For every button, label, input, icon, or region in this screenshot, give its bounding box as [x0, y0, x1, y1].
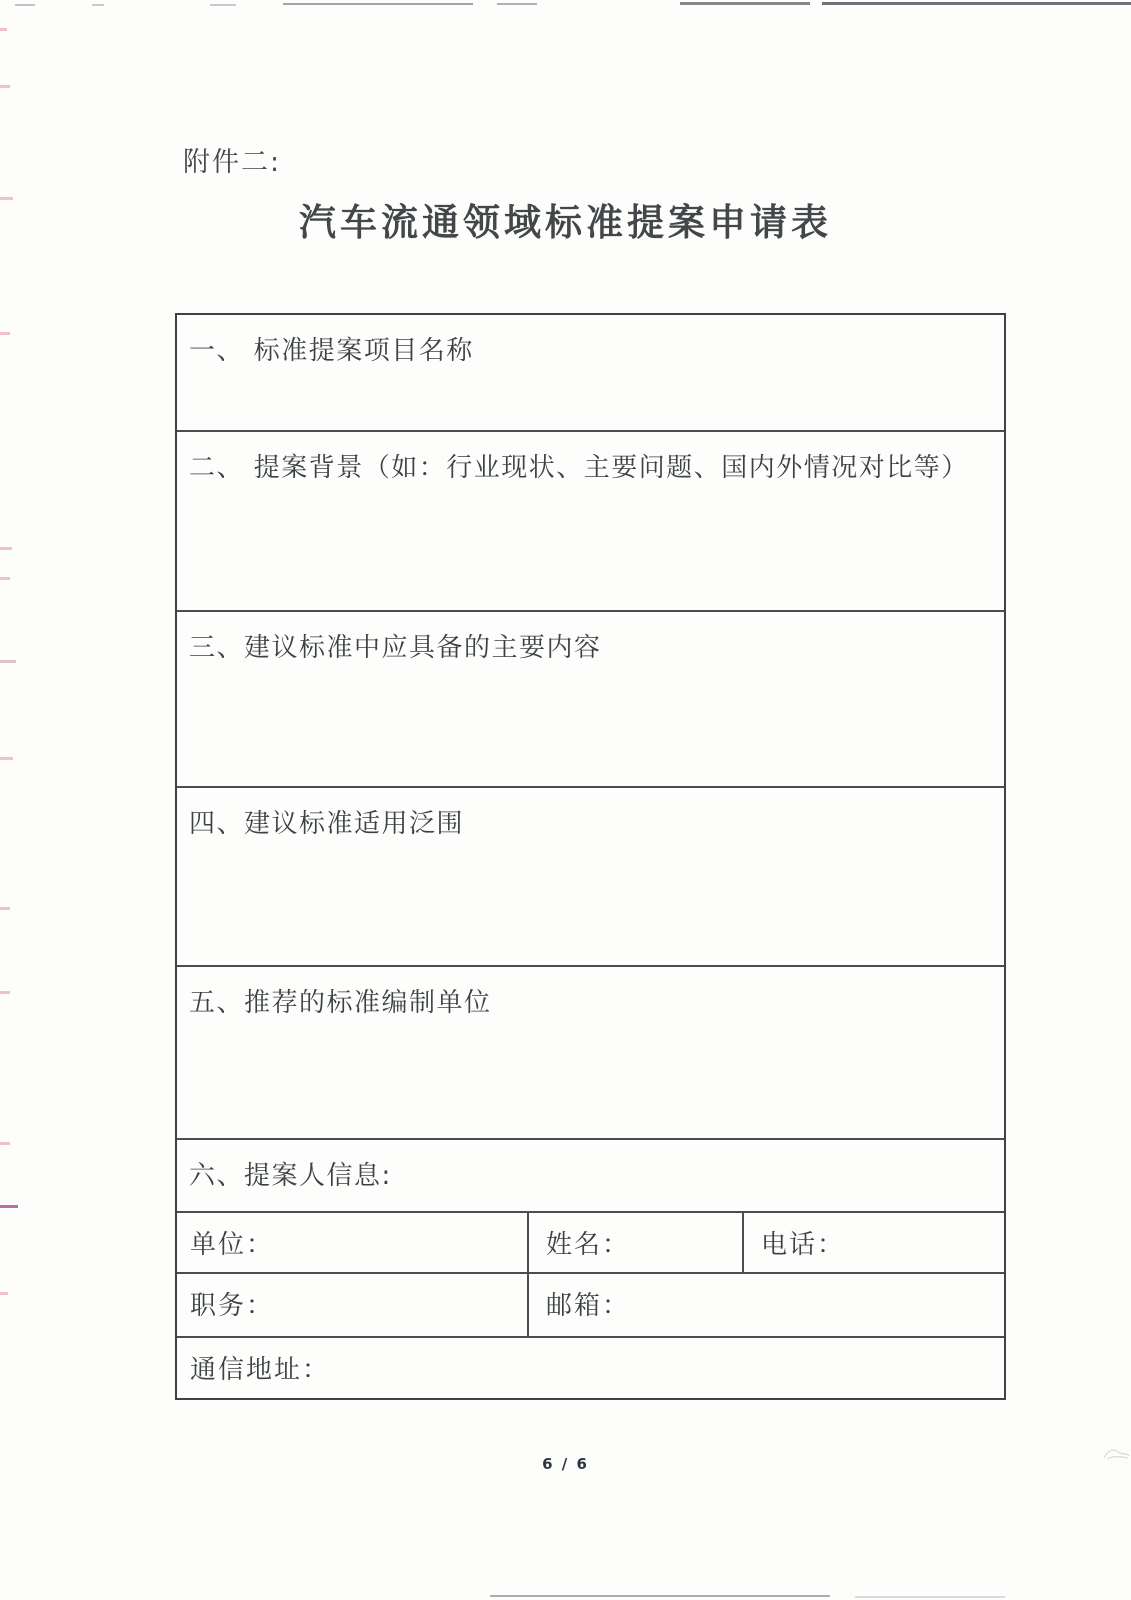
proposal-form-table: 一、 标准提案项目名称 二、 提案背景（如：行业现状、主要问题、国内外情况对比等… — [175, 313, 1006, 1400]
attachment-label: 附件二: — [183, 140, 281, 179]
form-row-scope-label: 四、建议标准适用泛围 — [189, 809, 464, 839]
scan-artifact-left-edge — [0, 577, 10, 580]
field-phone: 电话： — [744, 1213, 1004, 1272]
scan-artifact-left-edge — [0, 991, 10, 994]
field-unit-label: 单位： — [190, 1230, 274, 1260]
field-position: 职务： — [177, 1274, 529, 1336]
scan-artifact-left-edge — [0, 1205, 18, 1208]
field-position-label: 职务： — [190, 1291, 274, 1321]
field-address-label: 通信地址： — [190, 1355, 330, 1385]
scan-artifact-top — [210, 4, 236, 6]
form-row-background: 二、 提案背景（如：行业现状、主要问题、国内外情况对比等） — [177, 432, 1004, 612]
scan-artifact-bottom — [490, 1595, 830, 1597]
document-title: 汽车流通领域标准提案申请表 — [0, 192, 1131, 246]
scan-artifact-bottom — [855, 1596, 1005, 1598]
field-name-label: 姓名： — [546, 1230, 630, 1260]
scan-artifact-left-edge — [0, 28, 7, 31]
form-row-drafting-unit: 五、推荐的标准编制单位 — [177, 967, 1004, 1140]
field-email: 邮箱： — [529, 1274, 1004, 1336]
scan-artifact-top — [822, 2, 1131, 5]
scan-artifact-left-edge — [0, 85, 10, 88]
form-row-proposer-info-label: 六、提案人信息: — [189, 1161, 392, 1191]
scan-artifact-left-edge — [0, 1292, 8, 1295]
scanned-document-page: 附件二: 汽车流通领域标准提案申请表 一、 标准提案项目名称 二、 提案背景（如… — [0, 0, 1131, 1600]
form-row-main-content: 三、建议标准中应具备的主要内容 — [177, 612, 1004, 788]
field-email-label: 邮箱： — [546, 1291, 630, 1321]
scan-artifact-left-edge — [0, 1142, 10, 1145]
scan-artifact-top — [15, 4, 35, 6]
scan-artifact-left-edge — [0, 660, 16, 663]
proposer-info-row-1: 单位： 姓名： 电话： — [177, 1213, 1004, 1274]
proposer-info-row-2: 职务： 邮箱： — [177, 1274, 1004, 1338]
form-row-project-name-label: 一、 标准提案项目名称 — [189, 336, 474, 366]
scan-artifact-top — [283, 3, 473, 5]
field-name: 姓名： — [529, 1213, 744, 1272]
form-row-scope: 四、建议标准适用泛围 — [177, 788, 1004, 967]
form-row-project-name: 一、 标准提案项目名称 — [177, 315, 1004, 432]
scan-artifact-top — [92, 4, 104, 6]
form-row-background-label: 二、 提案背景（如：行业现状、主要问题、国内外情况对比等） — [189, 453, 969, 483]
scan-artifact-top — [497, 3, 537, 5]
scan-artifact-left-edge — [0, 907, 10, 910]
proposer-info-row-3: 通信地址： — [177, 1338, 1004, 1398]
scan-artifact-top — [680, 2, 810, 5]
form-row-main-content-label: 三、建议标准中应具备的主要内容 — [189, 633, 602, 663]
scan-artifact-left-edge — [0, 547, 12, 550]
form-row-drafting-unit-label: 五、推荐的标准编制单位 — [189, 988, 492, 1018]
scan-artifact-left-edge — [0, 757, 13, 760]
page-number: 6 / 6 — [0, 1455, 1131, 1473]
field-phone-label: 电话： — [761, 1230, 845, 1260]
field-address: 通信地址： — [177, 1338, 1004, 1398]
form-row-proposer-info: 六、提案人信息: — [177, 1140, 1004, 1213]
field-unit: 单位： — [177, 1213, 529, 1272]
scan-artifact-left-edge — [0, 332, 10, 335]
